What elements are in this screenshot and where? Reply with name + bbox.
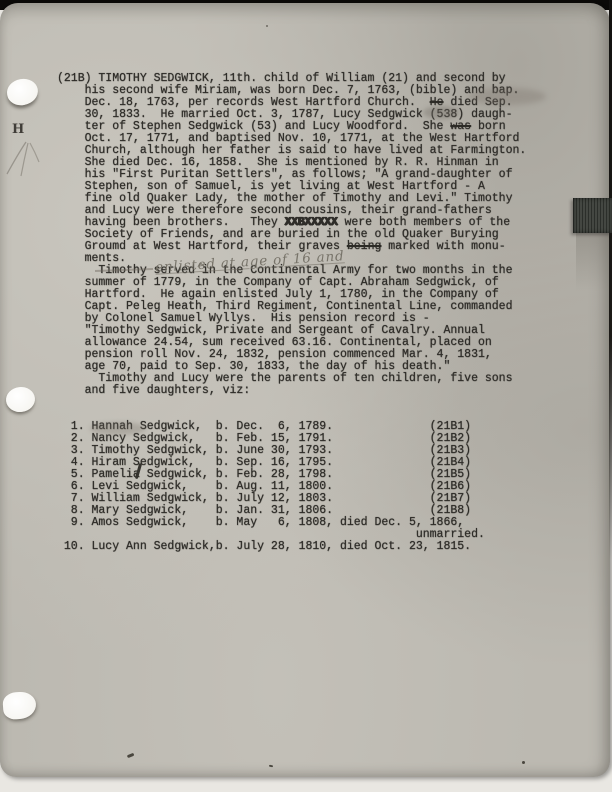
ink-speck [266, 25, 268, 27]
binder-tab [573, 198, 612, 233]
scanned-page: (21B) TIMOTHY SEDGWICK, 11th. child of W… [0, 0, 612, 792]
ink-speck [269, 765, 273, 768]
pencil-marks-icon [2, 136, 44, 184]
margin-note-h: H [12, 122, 24, 137]
ink-speck [522, 761, 525, 764]
caret-mark: ^ [196, 261, 206, 275]
ink-smudge [468, 88, 546, 105]
typed-text: (21B) TIMOTHY SEDGWICK, 11th. child of W… [57, 73, 526, 553]
ink-smudge [423, 106, 459, 119]
paper-sheet: (21B) TIMOTHY SEDGWICK, 11th. child of W… [0, 3, 610, 777]
ink-smudge [90, 422, 146, 435]
binder-tab-shadow [576, 233, 612, 291]
ink-speck [127, 753, 134, 758]
